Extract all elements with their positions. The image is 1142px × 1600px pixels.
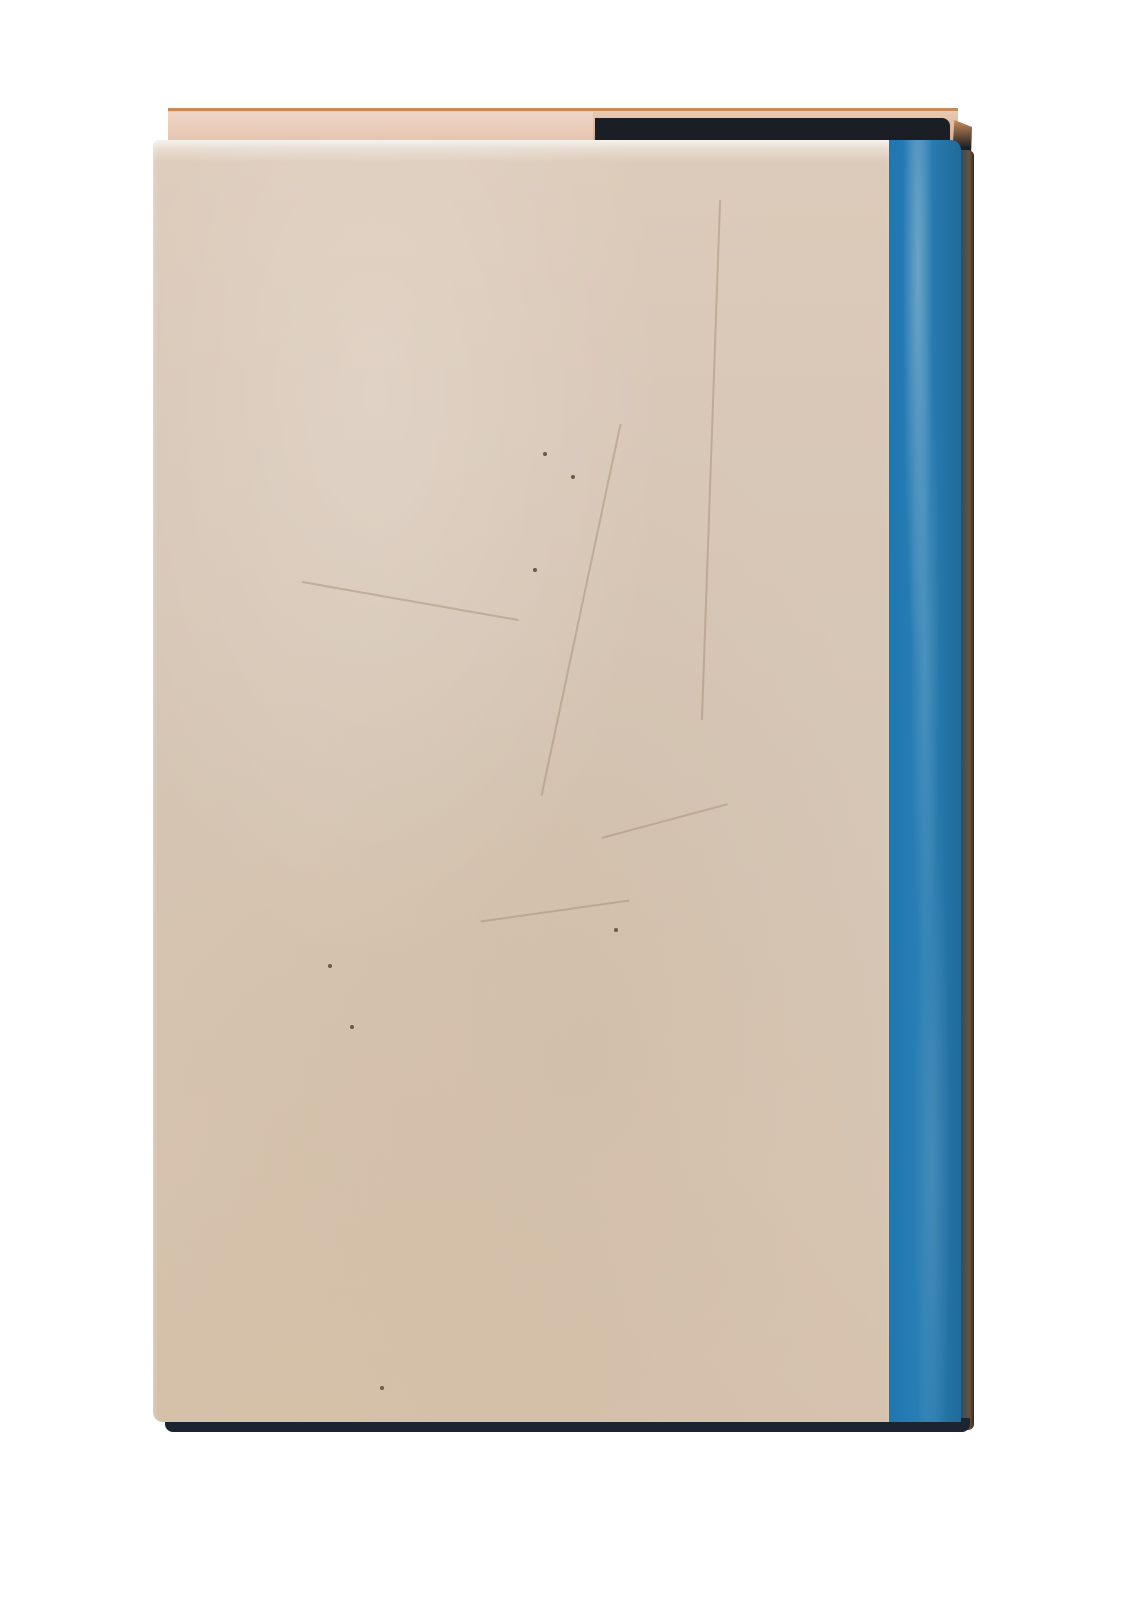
spine-edge [960,150,974,1430]
exposed-black-board [595,118,950,142]
back-cover-jacket-panel [153,140,891,1422]
stain-spot [350,1025,354,1029]
stain-spot [380,1386,384,1390]
glossy-reflection [153,140,891,162]
stain-spot [614,928,618,932]
stain-spot [328,964,332,968]
blue-spine-strip [889,140,961,1422]
torn-jacket-top-flap [168,112,593,142]
stain-spot [533,568,537,572]
stain-spot [543,452,547,456]
stain-spot [571,475,575,479]
